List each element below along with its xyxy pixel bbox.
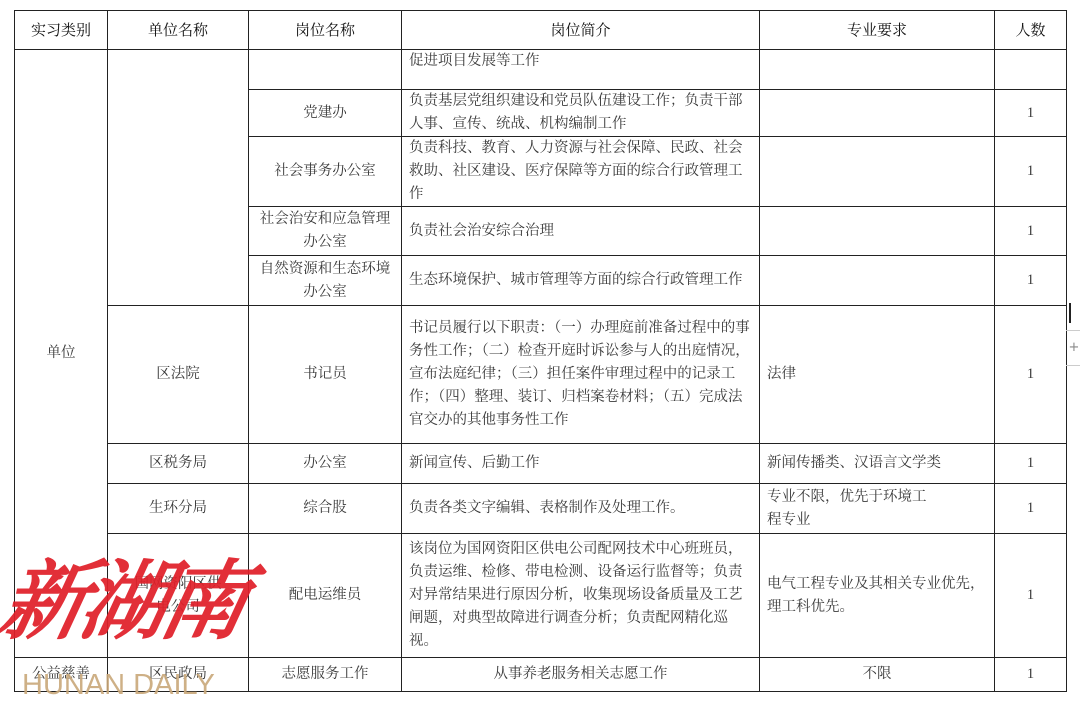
count-cell: 1 (995, 658, 1067, 692)
description-cell: 负责科技、教育、人力资源与社会保障、民政、社会救助、社区建设、医疗保障等方面的综… (402, 137, 760, 207)
description-cell: 负责社会治安综合治理 (402, 207, 760, 256)
header-category: 实习类别 (15, 11, 108, 50)
unit-cell: 区税务局 (108, 444, 249, 484)
watermark-logo-english: HUNAN DAILY (22, 670, 215, 700)
position-cell: 办公室 (249, 444, 402, 484)
description-cell: 生态环境保护、城市管理等方面的综合行政管理工作 (402, 256, 760, 306)
major-cell (760, 50, 995, 90)
count-cell: 1 (995, 484, 1067, 534)
watermark-logo-chinese: 新湖南 (0, 552, 253, 652)
count-cell (995, 50, 1067, 90)
text-cursor (1069, 303, 1071, 323)
position-cell: 社会治安和应急管理办公室 (249, 207, 402, 256)
table-row: 区法院 书记员 书记员履行以下职责：（一）办理庭前准备过程中的事务性工作；（二）… (15, 306, 1067, 444)
unit-cell (108, 50, 249, 306)
description-cell: 促进项目发展等工作 (402, 50, 760, 90)
description-cell: 负责基层党组织建设和党员队伍建设工作；负责干部人事、宣传、统战、机构编制工作 (402, 90, 760, 137)
count-cell: 1 (995, 306, 1067, 444)
header-unit: 单位名称 (108, 11, 249, 50)
count-cell: 1 (995, 90, 1067, 137)
category-label: 单位 (47, 345, 76, 361)
position-cell: 社会事务办公室 (249, 137, 402, 207)
header-row: 实习类别 单位名称 岗位名称 岗位简介 专业要求 人数 (15, 11, 1067, 50)
major-cell (760, 137, 995, 207)
major-cell (760, 207, 995, 256)
major-cell (760, 90, 995, 137)
major-cell: 新闻传播类、汉语言文学类 (760, 444, 995, 484)
major-cell: 不限 (760, 658, 995, 692)
position-cell: 综合股 (249, 484, 402, 534)
description-cell: 该岗位为国网资阳区供电公司配网技术中心班班员，负责运维、检修、带电检测、设备运行… (402, 534, 760, 658)
position-cell: 书记员 (249, 306, 402, 444)
header-description: 岗位简介 (402, 11, 760, 50)
description-cell: 从事养老服务相关志愿工作 (402, 658, 760, 692)
count-cell: 1 (995, 137, 1067, 207)
major-cell: 专业不限，优先于环境工程专业 (760, 484, 995, 534)
major-text: 专业不限，优先于环境工程专业 (767, 489, 927, 528)
position-cell: 自然资源和生态环境办公室 (249, 256, 402, 306)
add-column-button[interactable]: + (1066, 330, 1080, 366)
position-cell: 配电运维员 (249, 534, 402, 658)
position-cell: 党建办 (249, 90, 402, 137)
position-cell: 志愿服务工作 (249, 658, 402, 692)
description-cell: 新闻宣传、后勤工作 (402, 444, 760, 484)
major-cell (760, 256, 995, 306)
position-cell (249, 50, 402, 90)
major-cell: 法律 (760, 306, 995, 444)
header-position: 岗位名称 (249, 11, 402, 50)
header-major: 专业要求 (760, 11, 995, 50)
major-cell: 电气工程专业及其相关专业优先，理工科优先。 (760, 534, 995, 658)
count-cell: 1 (995, 256, 1067, 306)
table-row: 生环分局 综合股 负责各类文字编辑、表格制作及处理工作。 专业不限，优先于环境工… (15, 484, 1067, 534)
count-cell: 1 (995, 534, 1067, 658)
table-row: 单位 促进项目发展等工作 (15, 50, 1067, 90)
unit-cell: 区法院 (108, 306, 249, 444)
count-cell: 1 (995, 444, 1067, 484)
table-row: 区税务局 办公室 新闻宣传、后勤工作 新闻传播类、汉语言文学类 1 (15, 444, 1067, 484)
count-cell: 1 (995, 207, 1067, 256)
description-cell: 书记员履行以下职责：（一）办理庭前准备过程中的事务性工作；（二）检查开庭时诉讼参… (402, 306, 760, 444)
header-count: 人数 (995, 11, 1067, 50)
description-cell: 负责各类文字编辑、表格制作及处理工作。 (402, 484, 760, 534)
unit-cell: 生环分局 (108, 484, 249, 534)
